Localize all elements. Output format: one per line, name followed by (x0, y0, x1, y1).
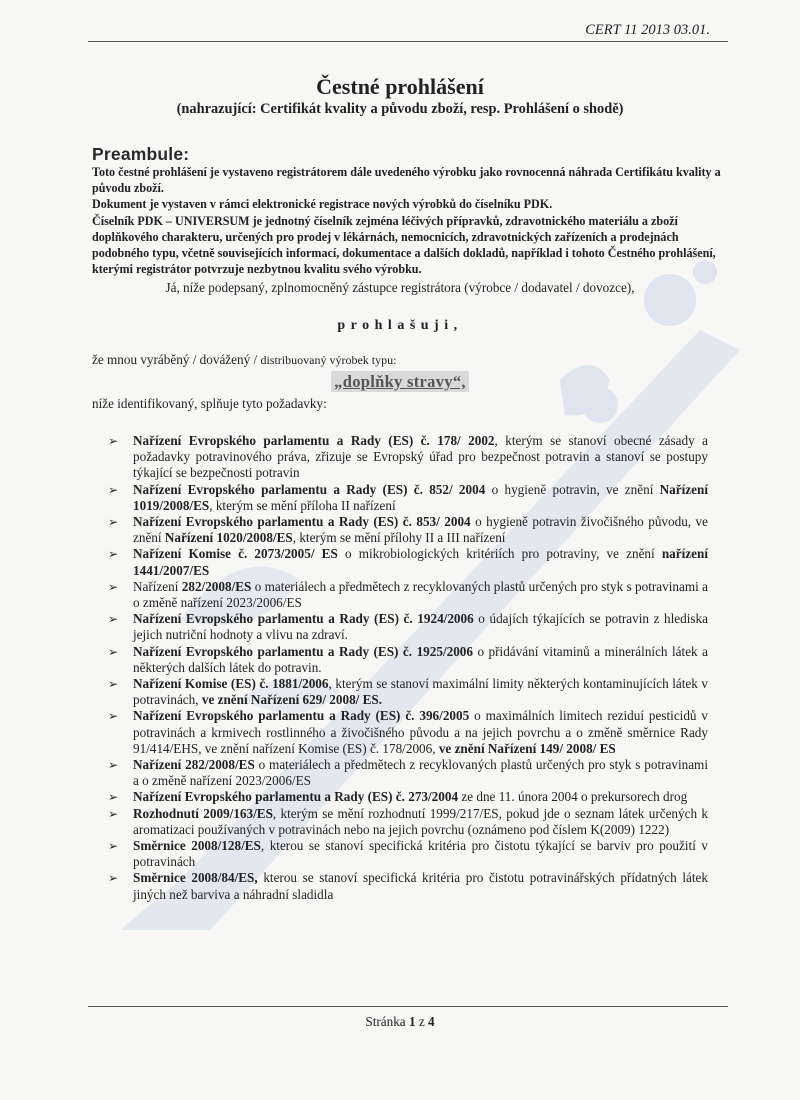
regulation-reference: Nařízení Evropského parlamentu a Rady (E… (133, 708, 469, 723)
preamble-paragraph: Číselník PDK – UNIVERSUM je jednotný čís… (92, 213, 732, 278)
regulation-reference: ve znění Nařízení 149/ 2008/ ES (439, 741, 616, 756)
regulation-item: ➢Nařízení Evropského parlamentu a Rady (… (108, 644, 708, 676)
regulation-reference: 282/2008/ES (182, 579, 252, 594)
product-category: „doplňky stravy“, (0, 371, 800, 392)
regulation-reference: Směrnice 2008/128/ES (133, 838, 261, 853)
regulation-item: ➢Směrnice 2008/84/ES, kterou se stanoví … (108, 870, 708, 902)
regulation-reference: Nařízení 282/2008/ES (133, 757, 255, 772)
arrow-bullet-icon: ➢ (108, 482, 118, 498)
document-reference: CERT 11 2013 03.01. (585, 22, 710, 39)
regulation-item: ➢Nařízení Evropského parlamentu a Rady (… (108, 482, 708, 514)
arrow-bullet-icon: ➢ (108, 644, 118, 660)
regulation-item: ➢Směrnice 2008/128/ES, kterou se stanoví… (108, 838, 708, 870)
arrow-bullet-icon: ➢ (108, 789, 118, 805)
product-type-small: distribuovaný výrobek typu: (260, 353, 396, 367)
regulation-item: ➢Nařízení 282/2008/ES o materiálech a př… (108, 757, 708, 789)
declarant-statement: Já, níže podepsaný, zplnomocněný zástupc… (0, 280, 800, 296)
page-number: Stránka 1 z 4 (0, 1014, 800, 1030)
preamble-paragraph: Toto čestné prohlášení je vystaveno regi… (92, 164, 732, 196)
arrow-bullet-icon: ➢ (108, 579, 118, 595)
page-label: Stránka (365, 1014, 405, 1029)
regulation-item: ➢Nařízení Komise č. 2073/2005/ ES o mikr… (108, 546, 708, 578)
regulation-text: ze dne 11. února 2004 o prekursorech dro… (458, 789, 687, 804)
page-separator: z (419, 1014, 425, 1029)
page-total: 4 (428, 1014, 435, 1029)
arrow-bullet-icon: ➢ (108, 708, 118, 724)
requirements-intro: níže identifikovaný, splňuje tyto požada… (92, 396, 327, 412)
arrow-bullet-icon: ➢ (108, 611, 118, 627)
regulation-reference: Nařízení Evropského parlamentu a Rady (E… (133, 514, 471, 529)
preamble-heading: Preambule: (92, 144, 189, 165)
regulation-reference: Nařízení Evropského parlamentu a Rady (E… (133, 611, 474, 626)
regulation-item: ➢Nařízení Evropského parlamentu a Rady (… (108, 789, 708, 805)
arrow-bullet-icon: ➢ (108, 676, 118, 692)
product-category-highlight: „doplňky stravy“, (331, 371, 469, 392)
regulations-list: ➢Nařízení Evropského parlamentu a Rady (… (108, 433, 708, 903)
arrow-bullet-icon: ➢ (108, 546, 118, 562)
regulation-item: ➢Nařízení Evropského parlamentu a Rady (… (108, 708, 708, 757)
regulation-text: Nařízení (133, 579, 182, 594)
declare-word: prohlašuji, (0, 318, 800, 334)
regulation-reference: Směrnice 2008/84/ES, (133, 870, 258, 885)
page-current: 1 (409, 1014, 416, 1029)
product-type-line: že mnou vyráběný / dovážený / distribuov… (92, 352, 396, 368)
arrow-bullet-icon: ➢ (108, 757, 118, 773)
preamble-paragraph: Dokument je vystaven v rámci elektronick… (92, 196, 732, 212)
arrow-bullet-icon: ➢ (108, 433, 118, 449)
regulation-item: ➢Nařízení Komise (ES) č. 1881/2006, kter… (108, 676, 708, 708)
regulation-reference: Nařízení Evropského parlamentu a Rady (E… (133, 789, 458, 804)
regulation-text: o mikrobiologických kritériích pro potra… (338, 546, 662, 561)
regulation-item: ➢Rozhodnutí 2009/163/ES, kterým se mění … (108, 806, 708, 838)
document-subtitle: (nahrazující: Certifikát kvality a původ… (0, 101, 800, 118)
regulation-reference: Nařízení Evropského parlamentu a Rady (E… (133, 433, 495, 448)
document-title: Čestné prohlášení (0, 74, 800, 100)
regulation-reference: Nařízení Komise č. 2073/2005/ ES (133, 546, 338, 561)
product-type-main: že mnou vyráběný / dovážený / (92, 352, 260, 367)
regulation-reference: ve znění Nařízení 629/ 2008/ ES. (202, 692, 382, 707)
document-page: CERT 11 2013 03.01. Čestné prohlášení (n… (0, 0, 800, 1100)
regulation-item: ➢Nařízení Evropského parlamentu a Rady (… (108, 611, 708, 643)
footer-divider (88, 1006, 728, 1007)
header-divider (88, 41, 728, 42)
regulation-reference: Nařízení 1020/2008/ES (165, 530, 293, 545)
preamble-text: Toto čestné prohlášení je vystaveno regi… (92, 164, 732, 277)
regulation-reference: Nařízení Evropského parlamentu a Rady (E… (133, 482, 485, 497)
regulation-item: ➢Nařízení 282/2008/ES o materiálech a př… (108, 579, 708, 611)
regulation-item: ➢Nařízení Evropského parlamentu a Rady (… (108, 433, 708, 482)
regulation-text: o hygieně potravin, ve znění (485, 482, 659, 497)
regulation-text: , kterým se mění příloha II nařízení (209, 498, 395, 513)
arrow-bullet-icon: ➢ (108, 870, 118, 886)
regulation-text: , kterým se mění přílohy II a III naříze… (293, 530, 506, 545)
arrow-bullet-icon: ➢ (108, 838, 118, 854)
regulation-reference: Nařízení Komise (ES) č. 1881/2006 (133, 676, 329, 691)
regulation-reference: Rozhodnutí 2009/163/ES (133, 806, 273, 821)
arrow-bullet-icon: ➢ (108, 514, 118, 530)
regulation-reference: Nařízení Evropského parlamentu a Rady (E… (133, 644, 473, 659)
regulation-item: ➢Nařízení Evropského parlamentu a Rady (… (108, 514, 708, 546)
arrow-bullet-icon: ➢ (108, 806, 118, 822)
